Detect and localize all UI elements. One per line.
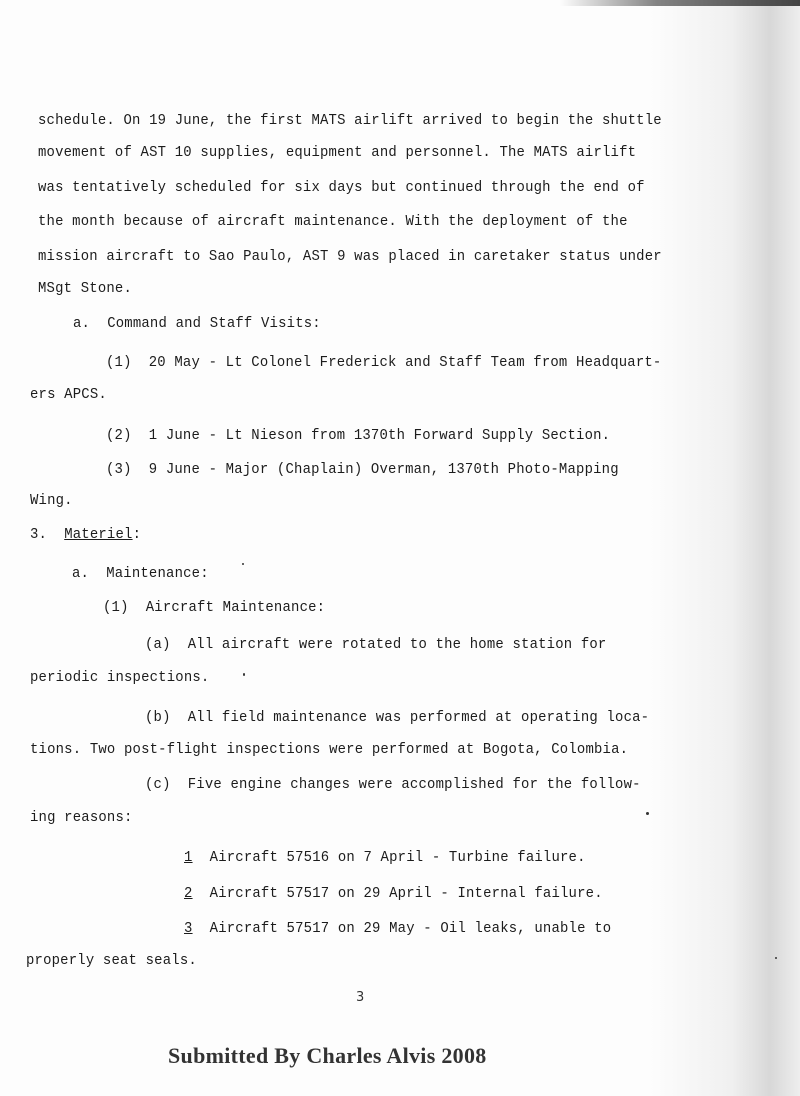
intro-line: was tentatively scheduled for six days b…	[38, 180, 645, 196]
scan-speck	[775, 957, 777, 959]
visit-text: 9 June - Major (Chaplain) Overman, 1370t…	[149, 462, 619, 478]
maintenance-item-c: (c) Five engine changes were accomplishe…	[145, 777, 641, 793]
intro-line: the month because of aircraft maintenanc…	[38, 214, 628, 230]
visit-continuation: Wing.	[30, 493, 73, 509]
engine-change-reason: 2 Aircraft 57517 on 29 April - Internal …	[184, 886, 603, 902]
intro-line: schedule. On 19 June, the first MATS air…	[38, 113, 662, 129]
maintenance-item-a: (a) All aircraft were rotated to the hom…	[145, 637, 606, 653]
visit-continuation: ers APCS.	[30, 387, 107, 403]
visit-number: (3)	[106, 462, 132, 478]
maintenance-item-b: (b) All field maintenance was performed …	[145, 710, 649, 726]
reason-text: Aircraft 57516 on 7 April - Turbine fail…	[210, 850, 586, 866]
item-label: (a)	[145, 637, 171, 653]
page-number: 3	[356, 990, 364, 1005]
engine-change-reason: 3 Aircraft 57517 on 29 May - Oil leaks, …	[184, 921, 611, 937]
aircraft-maintenance-label: (1)	[103, 600, 129, 616]
footer-credit: Submitted By Charles Alvis 2008	[168, 1043, 487, 1069]
item-text: All field maintenance was performed at o…	[188, 710, 649, 726]
item-text: All aircraft were rotated to the home st…	[188, 637, 607, 653]
maintenance-label: a.	[72, 566, 89, 582]
intro-line: mission aircraft to Sao Paulo, AST 9 was…	[38, 249, 662, 265]
engine-change-reason-continuation: properly seat seals.	[26, 953, 197, 969]
item-label: (b)	[145, 710, 171, 726]
reason-text: Aircraft 57517 on 29 May - Oil leaks, un…	[210, 921, 612, 937]
scan-speck	[646, 812, 649, 815]
reason-number: 3	[184, 921, 193, 937]
section-3-colon: :	[133, 527, 142, 543]
item-label: (c)	[145, 777, 171, 793]
maintenance-item-b-continuation: tions. Two post-flight inspections were …	[30, 742, 628, 758]
reason-number: 2	[184, 886, 193, 902]
visit-number: (1)	[106, 355, 132, 371]
section-a-title: Command and Staff Visits:	[107, 316, 321, 332]
maintenance-title: Maintenance:	[106, 566, 209, 582]
section-3-number: 3.	[30, 527, 47, 543]
item-text: Five engine changes were accomplished fo…	[188, 777, 641, 793]
maintenance-item-a-continuation: periodic inspections.	[30, 670, 209, 686]
scan-shading	[650, 0, 800, 1096]
intro-line: MSgt Stone.	[38, 281, 132, 297]
aircraft-maintenance-heading: (1) Aircraft Maintenance:	[103, 600, 325, 616]
visit-text: 1 June - Lt Nieson from 1370th Forward S…	[149, 428, 610, 444]
section-a-heading: a. Command and Staff Visits:	[73, 316, 321, 332]
scan-speck	[243, 673, 245, 676]
reason-text: Aircraft 57517 on 29 April - Internal fa…	[210, 886, 603, 902]
visit-item: (1) 20 May - Lt Colonel Frederick and St…	[106, 355, 661, 371]
scan-speck	[242, 563, 244, 565]
scan-edge-band	[560, 0, 800, 6]
visit-number: (2)	[106, 428, 132, 444]
visit-item: (3) 9 June - Major (Chaplain) Overman, 1…	[106, 462, 619, 478]
intro-line: movement of AST 10 supplies, equipment a…	[38, 145, 636, 161]
aircraft-maintenance-title: Aircraft Maintenance:	[146, 600, 325, 616]
visit-text: 20 May - Lt Colonel Frederick and Staff …	[149, 355, 662, 371]
visit-item: (2) 1 June - Lt Nieson from 1370th Forwa…	[106, 428, 610, 444]
section-3-heading: 3. Materiel:	[30, 527, 141, 543]
engine-change-reason: 1 Aircraft 57516 on 7 April - Turbine fa…	[184, 850, 586, 866]
section-a-label: a.	[73, 316, 90, 332]
maintenance-item-c-continuation: ing reasons:	[30, 810, 133, 826]
maintenance-heading: a. Maintenance:	[72, 566, 209, 582]
reason-number: 1	[184, 850, 193, 866]
section-3-title: Materiel	[64, 527, 132, 543]
